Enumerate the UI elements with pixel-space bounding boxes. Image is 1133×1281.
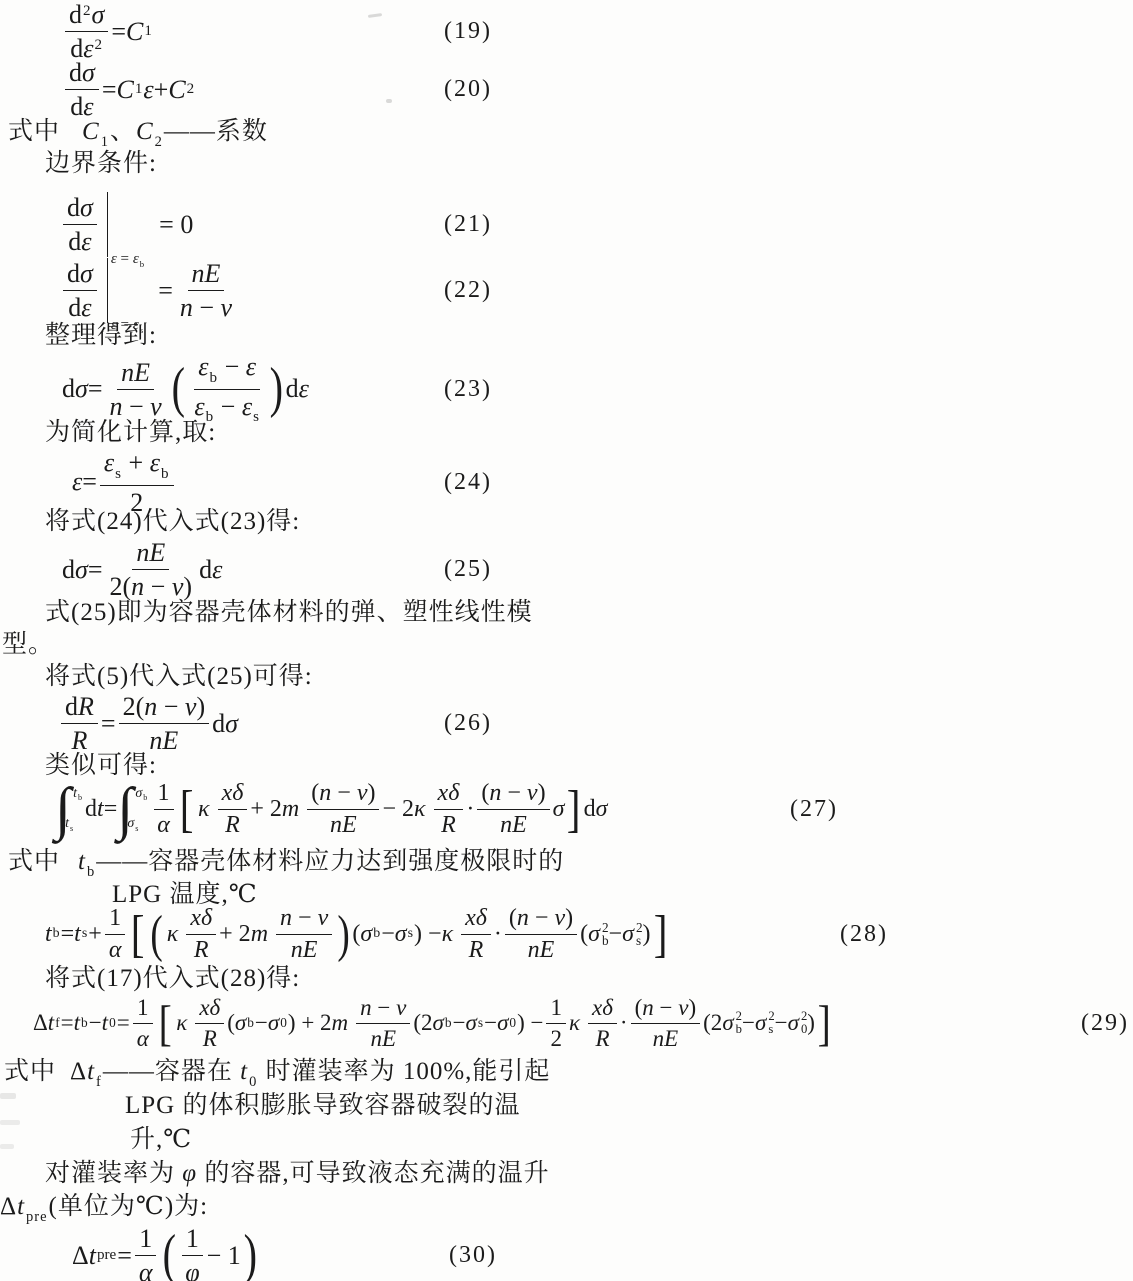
math-roman: d bbox=[67, 259, 80, 288]
fraction-numerator: (n − ν) bbox=[307, 780, 379, 810]
paren-content: κxδR + 2mn − νnE bbox=[165, 905, 335, 964]
fraction-denominator: nE bbox=[524, 935, 559, 964]
text-run: ——容器在 bbox=[103, 1058, 240, 1085]
math-variable: ε bbox=[81, 227, 91, 256]
integral-lower: ts bbox=[65, 816, 75, 833]
math-variable: nE bbox=[653, 1026, 679, 1051]
equation-25-number: (25) bbox=[444, 556, 492, 583]
bar-rule bbox=[107, 192, 108, 257]
math-fraction: (n − ν)nE bbox=[631, 995, 701, 1052]
right-bracket: ] bbox=[567, 784, 581, 836]
math-subscript: f bbox=[96, 1074, 102, 1090]
math-fraction: n − νnE bbox=[276, 905, 332, 964]
math-roman: = bbox=[88, 374, 103, 404]
fraction-denominator: R bbox=[221, 810, 244, 839]
math-roman: d bbox=[68, 293, 81, 322]
equation-24-number: (24) bbox=[444, 469, 492, 496]
math-variable: ε bbox=[72, 467, 82, 497]
fraction-numerator: 2(n − ν) bbox=[119, 692, 210, 724]
fraction-numerator: nE bbox=[188, 259, 225, 291]
math-variable: ε bbox=[299, 374, 309, 404]
equation-30-math: Δtpre = 1α(1φ − 1) bbox=[72, 1224, 259, 1281]
math-variable: α bbox=[109, 937, 122, 963]
text-run: ——系数 bbox=[164, 118, 268, 145]
math-fraction: 1α bbox=[135, 1224, 157, 1281]
equation-28-math: tb = ts + 1α[(κxδR + 2mn − νnE)(σb − σs)… bbox=[45, 905, 670, 964]
equation-22-number: (22) bbox=[444, 277, 492, 304]
math-variable: ν bbox=[318, 905, 329, 931]
math-variable: ε bbox=[150, 448, 160, 477]
math-roman: = 0 bbox=[159, 210, 193, 240]
math-roman: d bbox=[199, 555, 212, 585]
math-variable: R bbox=[441, 812, 456, 838]
math-roman: ) bbox=[643, 921, 651, 948]
scan-artifact bbox=[0, 1093, 16, 1099]
fraction-denominator: R bbox=[190, 935, 213, 964]
paragraph-substitute-5: 将式(5)代入式(25)可得: bbox=[45, 661, 313, 693]
paragraph-model-line1: 式(25)即为容器壳体材料的弹、塑性线性模 bbox=[45, 597, 533, 629]
fraction-numerator: 1 bbox=[105, 905, 125, 935]
math-fraction: 12 bbox=[546, 995, 566, 1052]
math-fraction: 1α bbox=[133, 995, 153, 1052]
math-variable: κ bbox=[198, 796, 210, 823]
scanned-paper-page: d2σdε2 = C1 (19) dσdε = C1ε + C2 (20) 式中… bbox=[0, 0, 1133, 1281]
equation-20: dσdε = C1ε + C2 (20) bbox=[62, 58, 492, 121]
math-subscript: 1 bbox=[144, 23, 152, 40]
math-variable: C bbox=[168, 75, 185, 105]
equation-22-math: dσdεε = εs= nEn − ν bbox=[60, 258, 239, 323]
math-roman: 1 bbox=[186, 1224, 199, 1253]
math-fraction: (n − ν)nE bbox=[477, 780, 549, 839]
paren-content: εb − εεb − εs bbox=[187, 352, 267, 426]
math-roman: 1 bbox=[139, 1224, 152, 1253]
math-variable: t bbox=[102, 1010, 108, 1036]
math-variable: κ bbox=[569, 1010, 580, 1036]
math-subscript: b bbox=[373, 926, 380, 942]
evaluation-bar: ε = εs bbox=[107, 258, 144, 323]
math-subscript: 0 bbox=[249, 1074, 257, 1090]
math-superscript: 2 bbox=[602, 921, 609, 935]
fraction-numerator: xδ bbox=[588, 995, 617, 1024]
math-variable: t bbox=[97, 796, 104, 823]
fraction-denominator: α bbox=[133, 1024, 153, 1052]
equation-20-math: dσdε = C1ε + C2 bbox=[62, 58, 195, 121]
math-variable: R bbox=[469, 937, 484, 963]
math-variable: σ bbox=[82, 58, 95, 87]
paragraph-lpg-expansion: LPG 的体积膨胀导致容器破裂的温 bbox=[125, 1090, 520, 1122]
math-subscript: s bbox=[135, 824, 138, 833]
math-variable: ε bbox=[198, 352, 208, 381]
math-variable: ν bbox=[527, 780, 538, 806]
equation-27-number: (27) bbox=[790, 796, 838, 823]
fraction-denominator: dε bbox=[64, 225, 95, 256]
equation-28: tb = ts + 1α[(κxδR + 2mn − νnE)(σb − σs)… bbox=[45, 905, 888, 964]
fraction-numerator: xδ bbox=[195, 995, 224, 1024]
math-subscript: b bbox=[210, 370, 218, 386]
math-variable: σ bbox=[80, 259, 93, 288]
math-roman: = bbox=[104, 796, 118, 823]
paragraph-tb-definition: 式中tb——容器壳体材料应力达到强度极限时的 bbox=[8, 846, 564, 888]
left-paren: ( bbox=[171, 361, 184, 417]
math-roman: d bbox=[62, 555, 75, 585]
text-run: 边界条件: bbox=[45, 150, 157, 177]
math-subscript: b bbox=[87, 864, 95, 880]
math-subscript: 0 bbox=[280, 1015, 287, 1031]
fraction-numerator: xδ bbox=[218, 780, 248, 810]
paragraph-model-line2: 型。 bbox=[2, 629, 54, 661]
math-subscript: pre bbox=[26, 1209, 48, 1225]
math-subscript: 0 bbox=[509, 1015, 516, 1031]
paragraph-filling-rate: 对灌装率为 φ 的容器,可导致液态充满的温升 bbox=[45, 1158, 550, 1190]
fraction-denominator: nE bbox=[287, 935, 322, 964]
fraction-denominator: α bbox=[153, 810, 174, 839]
math-roman: ) − bbox=[414, 921, 442, 948]
text-run: 的容器,可导致液态充满的温升 bbox=[197, 1160, 550, 1187]
math-fraction: 1α bbox=[153, 780, 174, 839]
math-roman: − bbox=[609, 921, 623, 948]
math-roman: = bbox=[88, 555, 103, 585]
paragraph-boundary-conditions: 边界条件: bbox=[45, 148, 157, 180]
math-fraction: nEn − ν bbox=[176, 259, 236, 322]
math-fraction: xδR bbox=[588, 995, 617, 1052]
fraction-numerator: 1 bbox=[546, 995, 566, 1024]
math-roman: = bbox=[117, 1010, 130, 1036]
math-fraction: 1φ bbox=[181, 1224, 203, 1281]
equation-19: d2σdε2 = C1 (19) bbox=[62, 0, 492, 63]
left-paren: ( bbox=[150, 909, 162, 961]
math-roman: ) + 2 bbox=[288, 1010, 332, 1036]
math-fraction: (n − ν)nE bbox=[505, 905, 577, 964]
math-roman: − bbox=[775, 1010, 788, 1036]
math-variable: R bbox=[194, 937, 209, 963]
math-fraction: xδR bbox=[218, 780, 248, 839]
text-run: 对灌装率为 bbox=[45, 1160, 182, 1187]
math-subscript: 0 bbox=[109, 1015, 116, 1031]
fraction-numerator: 1 bbox=[154, 780, 174, 810]
fraction-numerator: n − ν bbox=[276, 905, 332, 935]
equation-19-number: (19) bbox=[444, 18, 492, 45]
math-fraction: nE2(n − ν) bbox=[106, 538, 197, 601]
math-roman: − bbox=[218, 352, 246, 381]
math-roman: − bbox=[529, 905, 555, 931]
math-variable: C bbox=[117, 75, 134, 105]
equation-23-math: dσ = nEn − ν(εb − εεb − εs)dε bbox=[62, 352, 309, 426]
math-roman: = bbox=[158, 276, 173, 306]
fraction-numerator: d2σ bbox=[65, 0, 108, 32]
math-variable: σ bbox=[235, 1010, 246, 1036]
math-roman: − bbox=[331, 780, 357, 806]
math-roman: 1 bbox=[550, 995, 562, 1020]
math-fraction: dσdε bbox=[63, 193, 97, 256]
fraction-denominator: nE bbox=[496, 810, 531, 839]
fraction-numerator: nE bbox=[117, 358, 154, 390]
equation-28-number: (28) bbox=[840, 921, 888, 948]
math-supsub: 2b bbox=[602, 921, 609, 949]
math-roman: − bbox=[501, 780, 527, 806]
math-fraction: xδR bbox=[186, 905, 216, 964]
text-run: 式中 bbox=[4, 1058, 56, 1085]
equation-26-math: dRR = 2(n − ν)nEdσ bbox=[58, 692, 238, 755]
math-variable: σ bbox=[553, 796, 565, 823]
math-variable: nE bbox=[500, 812, 527, 838]
math-variable: ε bbox=[104, 448, 114, 477]
math-variable: σ bbox=[75, 555, 88, 585]
fraction-numerator: (n − ν) bbox=[477, 780, 549, 810]
fraction-numerator: dR bbox=[61, 692, 98, 724]
math-roman: ( bbox=[227, 1010, 235, 1036]
math-variable: ν bbox=[185, 692, 197, 721]
math-variable: ν bbox=[221, 293, 233, 322]
math-roman: Δ bbox=[72, 1241, 89, 1271]
math-subscript: b bbox=[161, 466, 169, 482]
math-fraction: n − νnE bbox=[356, 995, 410, 1052]
fraction-numerator: n − ν bbox=[356, 995, 410, 1024]
math-variable: κ bbox=[176, 1010, 187, 1036]
math-superscript: 2 bbox=[95, 37, 103, 53]
scan-artifact bbox=[0, 1120, 20, 1125]
fraction-denominator: nE bbox=[326, 810, 361, 839]
fraction-denominator: φ bbox=[181, 1256, 203, 1281]
integral: ∫σbσs bbox=[117, 781, 146, 837]
math-variable: n bbox=[280, 905, 292, 931]
math-variable: t bbox=[74, 1010, 80, 1036]
math-roman: + 2 bbox=[250, 796, 282, 823]
math-subscript: 1 bbox=[135, 81, 143, 98]
math-variable: σ bbox=[395, 921, 407, 948]
math-subscript: s bbox=[82, 926, 87, 942]
math-roman: − bbox=[214, 392, 242, 421]
math-variable: xδ bbox=[592, 995, 613, 1020]
math-roman: (2 bbox=[413, 1010, 432, 1036]
math-roman: − bbox=[484, 1010, 497, 1036]
math-variable: ε bbox=[143, 75, 153, 105]
math-variable: α bbox=[157, 812, 170, 838]
text-run: 式(25)即为容器壳体材料的弹、塑性线性模 bbox=[45, 599, 533, 626]
math-roman: + bbox=[88, 921, 102, 948]
text-run: 整理得到: bbox=[45, 322, 157, 349]
paragraph-rise-unit: 升,℃ bbox=[130, 1124, 192, 1156]
paragraph-rearranging: 整理得到: bbox=[45, 320, 157, 352]
math-variable: xδ bbox=[465, 905, 487, 931]
fraction-numerator: dσ bbox=[65, 58, 99, 90]
math-roman: 1 bbox=[137, 995, 149, 1020]
math-roman: = bbox=[111, 17, 126, 47]
math-subscript: b bbox=[53, 926, 60, 942]
math-roman: d bbox=[69, 58, 82, 87]
math-variable: xδ bbox=[438, 780, 460, 806]
math-variable: R bbox=[78, 692, 94, 721]
left-bracket: [ bbox=[158, 999, 171, 1048]
integral-upper: σb bbox=[135, 786, 148, 803]
math-subscript: f bbox=[55, 1015, 59, 1031]
math-variable: m bbox=[282, 796, 299, 823]
math-variable: ε bbox=[246, 352, 256, 381]
math-variable: t bbox=[74, 921, 81, 948]
math-roman: d bbox=[65, 692, 78, 721]
fraction-denominator: R bbox=[199, 1024, 221, 1052]
equation-25: dσ = nE2(n − ν)dε (25) bbox=[62, 538, 492, 601]
math-variable: n bbox=[642, 995, 654, 1020]
equation-29: Δtf = tb − t0 = 1α[κxδR(σb − σ0) + 2mn −… bbox=[33, 995, 1129, 1052]
math-subscript: pre bbox=[97, 1247, 116, 1264]
equation-21-math: dσdεε = εb= 0 bbox=[60, 192, 193, 257]
math-roman: d bbox=[62, 374, 75, 404]
math-roman: d bbox=[68, 227, 81, 256]
math-roman: − bbox=[157, 692, 185, 721]
math-supsub: 2s bbox=[636, 921, 643, 949]
fraction-denominator: dε bbox=[64, 291, 95, 322]
math-variable: σ bbox=[127, 816, 134, 831]
math-subscript: s bbox=[408, 926, 413, 942]
math-subscript: b bbox=[143, 793, 147, 802]
text-run: ——容器壳体材料应力达到强度极限时的 bbox=[96, 848, 564, 875]
equation-21-number: (21) bbox=[444, 211, 492, 238]
math-variable: ν bbox=[396, 995, 406, 1020]
math-fraction: dRR bbox=[61, 692, 98, 755]
text-run: 时灌装率为 100%,能引起 bbox=[258, 1058, 550, 1085]
math-roman: ) bbox=[538, 780, 546, 806]
math-variable: α bbox=[139, 1258, 153, 1281]
equation-27-math: ∫tbtsdt = ∫σbσs1α[κxδR + 2m(n − ν)nE − 2… bbox=[55, 780, 607, 839]
fraction-numerator: εs + εb bbox=[100, 448, 174, 486]
math-variable: t bbox=[89, 1241, 96, 1271]
text-run: 将式(17)代入式(28)得: bbox=[45, 965, 300, 992]
math-roman: d bbox=[212, 709, 225, 739]
math-variable: xδ bbox=[199, 995, 220, 1020]
right-paren: ) bbox=[338, 909, 350, 961]
equation-20-number: (20) bbox=[444, 76, 492, 103]
math-variable: nE bbox=[136, 538, 165, 567]
math-variable: n bbox=[489, 780, 501, 806]
fraction-numerator: 1 bbox=[182, 1224, 203, 1256]
math-variable: φ bbox=[185, 1258, 199, 1281]
text-run: 式中 bbox=[8, 848, 60, 875]
math-roman: = bbox=[101, 709, 116, 739]
math-roman: ( bbox=[580, 921, 588, 948]
equation-19-math: d2σdε2 = C1 bbox=[62, 0, 153, 63]
math-roman: 1 bbox=[109, 905, 121, 931]
math-variable: ν bbox=[678, 995, 688, 1020]
fraction-numerator: 1 bbox=[135, 1224, 156, 1256]
math-roman: − bbox=[89, 1010, 102, 1036]
math-fraction: nEn − ν bbox=[106, 358, 166, 421]
math-roman: + bbox=[154, 75, 169, 105]
math-subscript: s bbox=[768, 1023, 773, 1036]
fraction-numerator: xδ bbox=[434, 780, 464, 810]
math-superscript: 2 bbox=[83, 3, 91, 19]
equation-26: dRR = 2(n − ν)nEdσ (26) bbox=[58, 692, 492, 755]
math-roman: = bbox=[61, 1010, 74, 1036]
math-roman: · bbox=[620, 1010, 628, 1036]
equation-23-number: (23) bbox=[444, 376, 492, 403]
math-variable: R bbox=[225, 812, 240, 838]
math-variable: κ bbox=[414, 796, 426, 823]
paren-content: 1φ − 1 bbox=[178, 1224, 241, 1281]
math-variable: t bbox=[65, 816, 69, 831]
math-variable: σ bbox=[268, 1010, 279, 1036]
evaluation-bar: ε = εb bbox=[107, 192, 145, 257]
math-roman: − bbox=[742, 1010, 755, 1036]
math-variable: σ bbox=[92, 0, 105, 29]
math-variable: κ bbox=[442, 921, 454, 948]
math-variable: ν bbox=[554, 905, 565, 931]
math-subscript: b bbox=[78, 793, 82, 802]
math-roman: ) bbox=[565, 905, 573, 931]
math-variable: t bbox=[73, 786, 77, 801]
fraction-denominator: α bbox=[105, 935, 126, 964]
math-superscript: 2 bbox=[636, 921, 643, 935]
math-subscript: 2 bbox=[187, 81, 195, 98]
math-subscript: b bbox=[247, 1015, 254, 1031]
math-variable: R bbox=[203, 1026, 217, 1051]
math-variable: m bbox=[251, 921, 268, 948]
math-variable: C bbox=[126, 17, 143, 47]
fraction-denominator: 2 bbox=[546, 1024, 566, 1052]
right-bracket: ] bbox=[653, 909, 667, 961]
math-variable: t bbox=[45, 921, 52, 948]
math-subscript: s bbox=[253, 409, 259, 425]
math-roman: = bbox=[102, 75, 117, 105]
math-variable: t bbox=[87, 1058, 95, 1085]
math-variable: C bbox=[82, 118, 100, 145]
fraction-denominator: n − ν bbox=[176, 291, 236, 322]
math-roman: ( bbox=[509, 905, 517, 931]
math-roman: ) − bbox=[517, 1010, 543, 1036]
math-fraction: dσdε bbox=[63, 259, 97, 322]
math-variable: σ bbox=[497, 1010, 508, 1036]
integral-upper: tb bbox=[73, 786, 83, 803]
math-roman: d bbox=[584, 796, 596, 823]
bar-rule bbox=[107, 258, 108, 323]
math-variable: n bbox=[144, 692, 157, 721]
math-fraction: xδR bbox=[195, 995, 224, 1052]
fraction-numerator: εb − ε bbox=[194, 352, 260, 390]
math-variable: σ bbox=[596, 796, 608, 823]
math-variable: α bbox=[137, 1026, 149, 1051]
equation-23: dσ = nEn − ν(εb − εεb − εs)dε (23) bbox=[62, 352, 492, 426]
math-roman: − bbox=[292, 905, 318, 931]
math-roman: d bbox=[286, 374, 299, 404]
math-roman: 2( bbox=[123, 692, 145, 721]
text-run: 升,℃ bbox=[130, 1126, 192, 1153]
math-roman: − bbox=[372, 995, 396, 1020]
math-fraction: 1α bbox=[105, 905, 126, 964]
math-paren-group: (εb − εεb − εs) bbox=[169, 352, 286, 426]
math-subscript: b bbox=[445, 1015, 452, 1031]
math-variable: n bbox=[360, 995, 372, 1020]
math-variable: σ bbox=[466, 1010, 477, 1036]
math-variable: ε bbox=[242, 392, 252, 421]
math-variable: t bbox=[78, 848, 86, 875]
math-variable: nE bbox=[121, 358, 150, 387]
fraction-numerator: 1 bbox=[133, 995, 153, 1024]
math-variable: σ bbox=[722, 1010, 733, 1036]
fraction-numerator: (n − ν) bbox=[505, 905, 577, 935]
math-variable: t bbox=[48, 1010, 54, 1036]
text-run: (单位为℃)为: bbox=[49, 1193, 209, 1220]
paragraph-substitute-24: 将式(24)代入式(23)得: bbox=[45, 506, 300, 538]
math-fraction: 2(n − ν)nE bbox=[119, 692, 210, 755]
math-variable: φ bbox=[182, 1160, 197, 1187]
text-run: 类似可得: bbox=[45, 752, 157, 779]
math-subscript: s bbox=[478, 1015, 483, 1031]
equation-30-number: (30) bbox=[449, 1242, 497, 1269]
math-roman: − bbox=[193, 293, 221, 322]
math-fraction: (n − ν)nE bbox=[307, 780, 379, 839]
fraction-denominator: R bbox=[465, 935, 488, 964]
math-variable: t bbox=[17, 1193, 25, 1220]
equation-26-number: (26) bbox=[444, 710, 492, 737]
